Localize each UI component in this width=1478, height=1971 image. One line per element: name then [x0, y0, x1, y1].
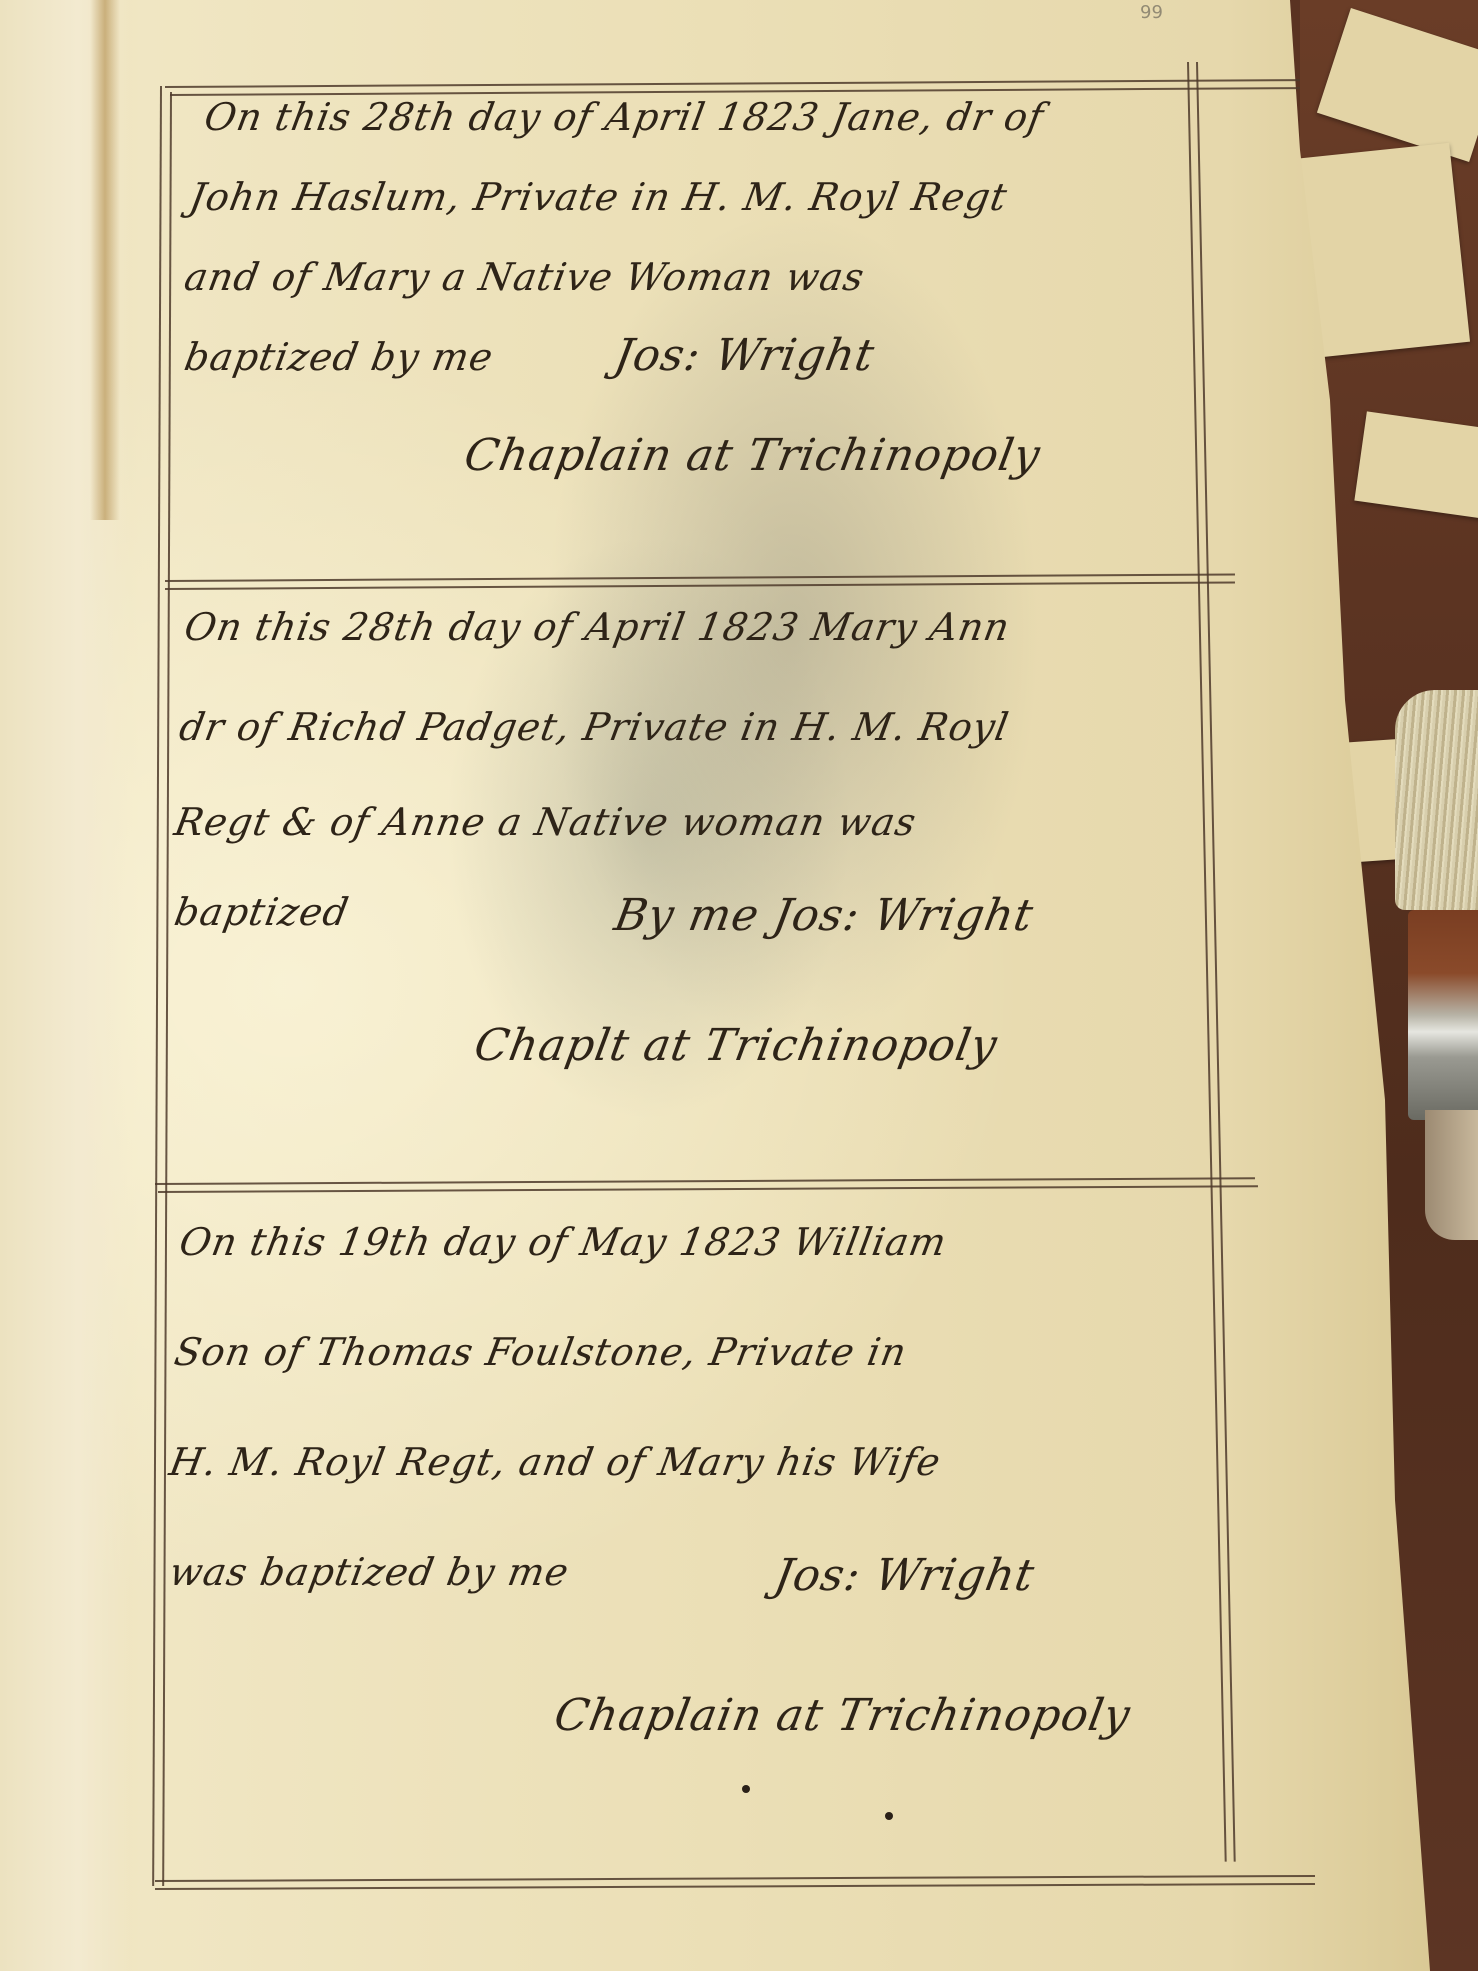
signature: Jos: Wright — [611, 330, 879, 381]
entry-line: On this 19th day of May 1823 William — [176, 1220, 950, 1264]
entry-line: and of Mary a Native Woman was — [181, 255, 868, 299]
entry-line: On this 28th day of April 1823 Jane, dr … — [201, 95, 1047, 139]
water-stain — [90, 0, 120, 520]
paper-scrap — [1354, 411, 1478, 518]
chaplain-title: Chaplt at Trichinopoly — [471, 1020, 1002, 1071]
entry-line: Son of Thomas Foulstone, Private in — [171, 1330, 910, 1374]
ink-blot — [885, 1812, 893, 1820]
paper-scrap — [1300, 143, 1470, 358]
page-number: 99 — [1140, 2, 1163, 23]
entry-line: H. M. Royl Regt, and of Mary his Wife — [166, 1440, 944, 1484]
signature: By me Jos: Wright — [611, 890, 1038, 941]
entry-line: John Haslum, Private in H. M. Royl Regt — [186, 175, 1011, 219]
entry-line: On this 28th day of April 1823 Mary Ann — [181, 605, 1013, 649]
signature: Jos: Wright — [771, 1550, 1039, 1601]
entry-line: baptized by me — [181, 335, 497, 379]
entry-line: was baptized by me — [166, 1550, 573, 1594]
entry-line: dr of Richd Padget, Private in H. M. Roy… — [176, 705, 1012, 749]
chaplain-title: Chaplain at Trichinopoly — [461, 430, 1045, 481]
brush-ferrule — [1408, 910, 1478, 1120]
entry-line: baptized — [171, 890, 352, 934]
brush-handle — [1425, 1110, 1478, 1240]
chaplain-title: Chaplain at Trichinopoly — [551, 1690, 1135, 1741]
brush-bristles — [1395, 690, 1478, 910]
entry-line: Regt & of Anne a Native woman was — [171, 800, 920, 844]
ink-blot — [742, 1785, 750, 1793]
